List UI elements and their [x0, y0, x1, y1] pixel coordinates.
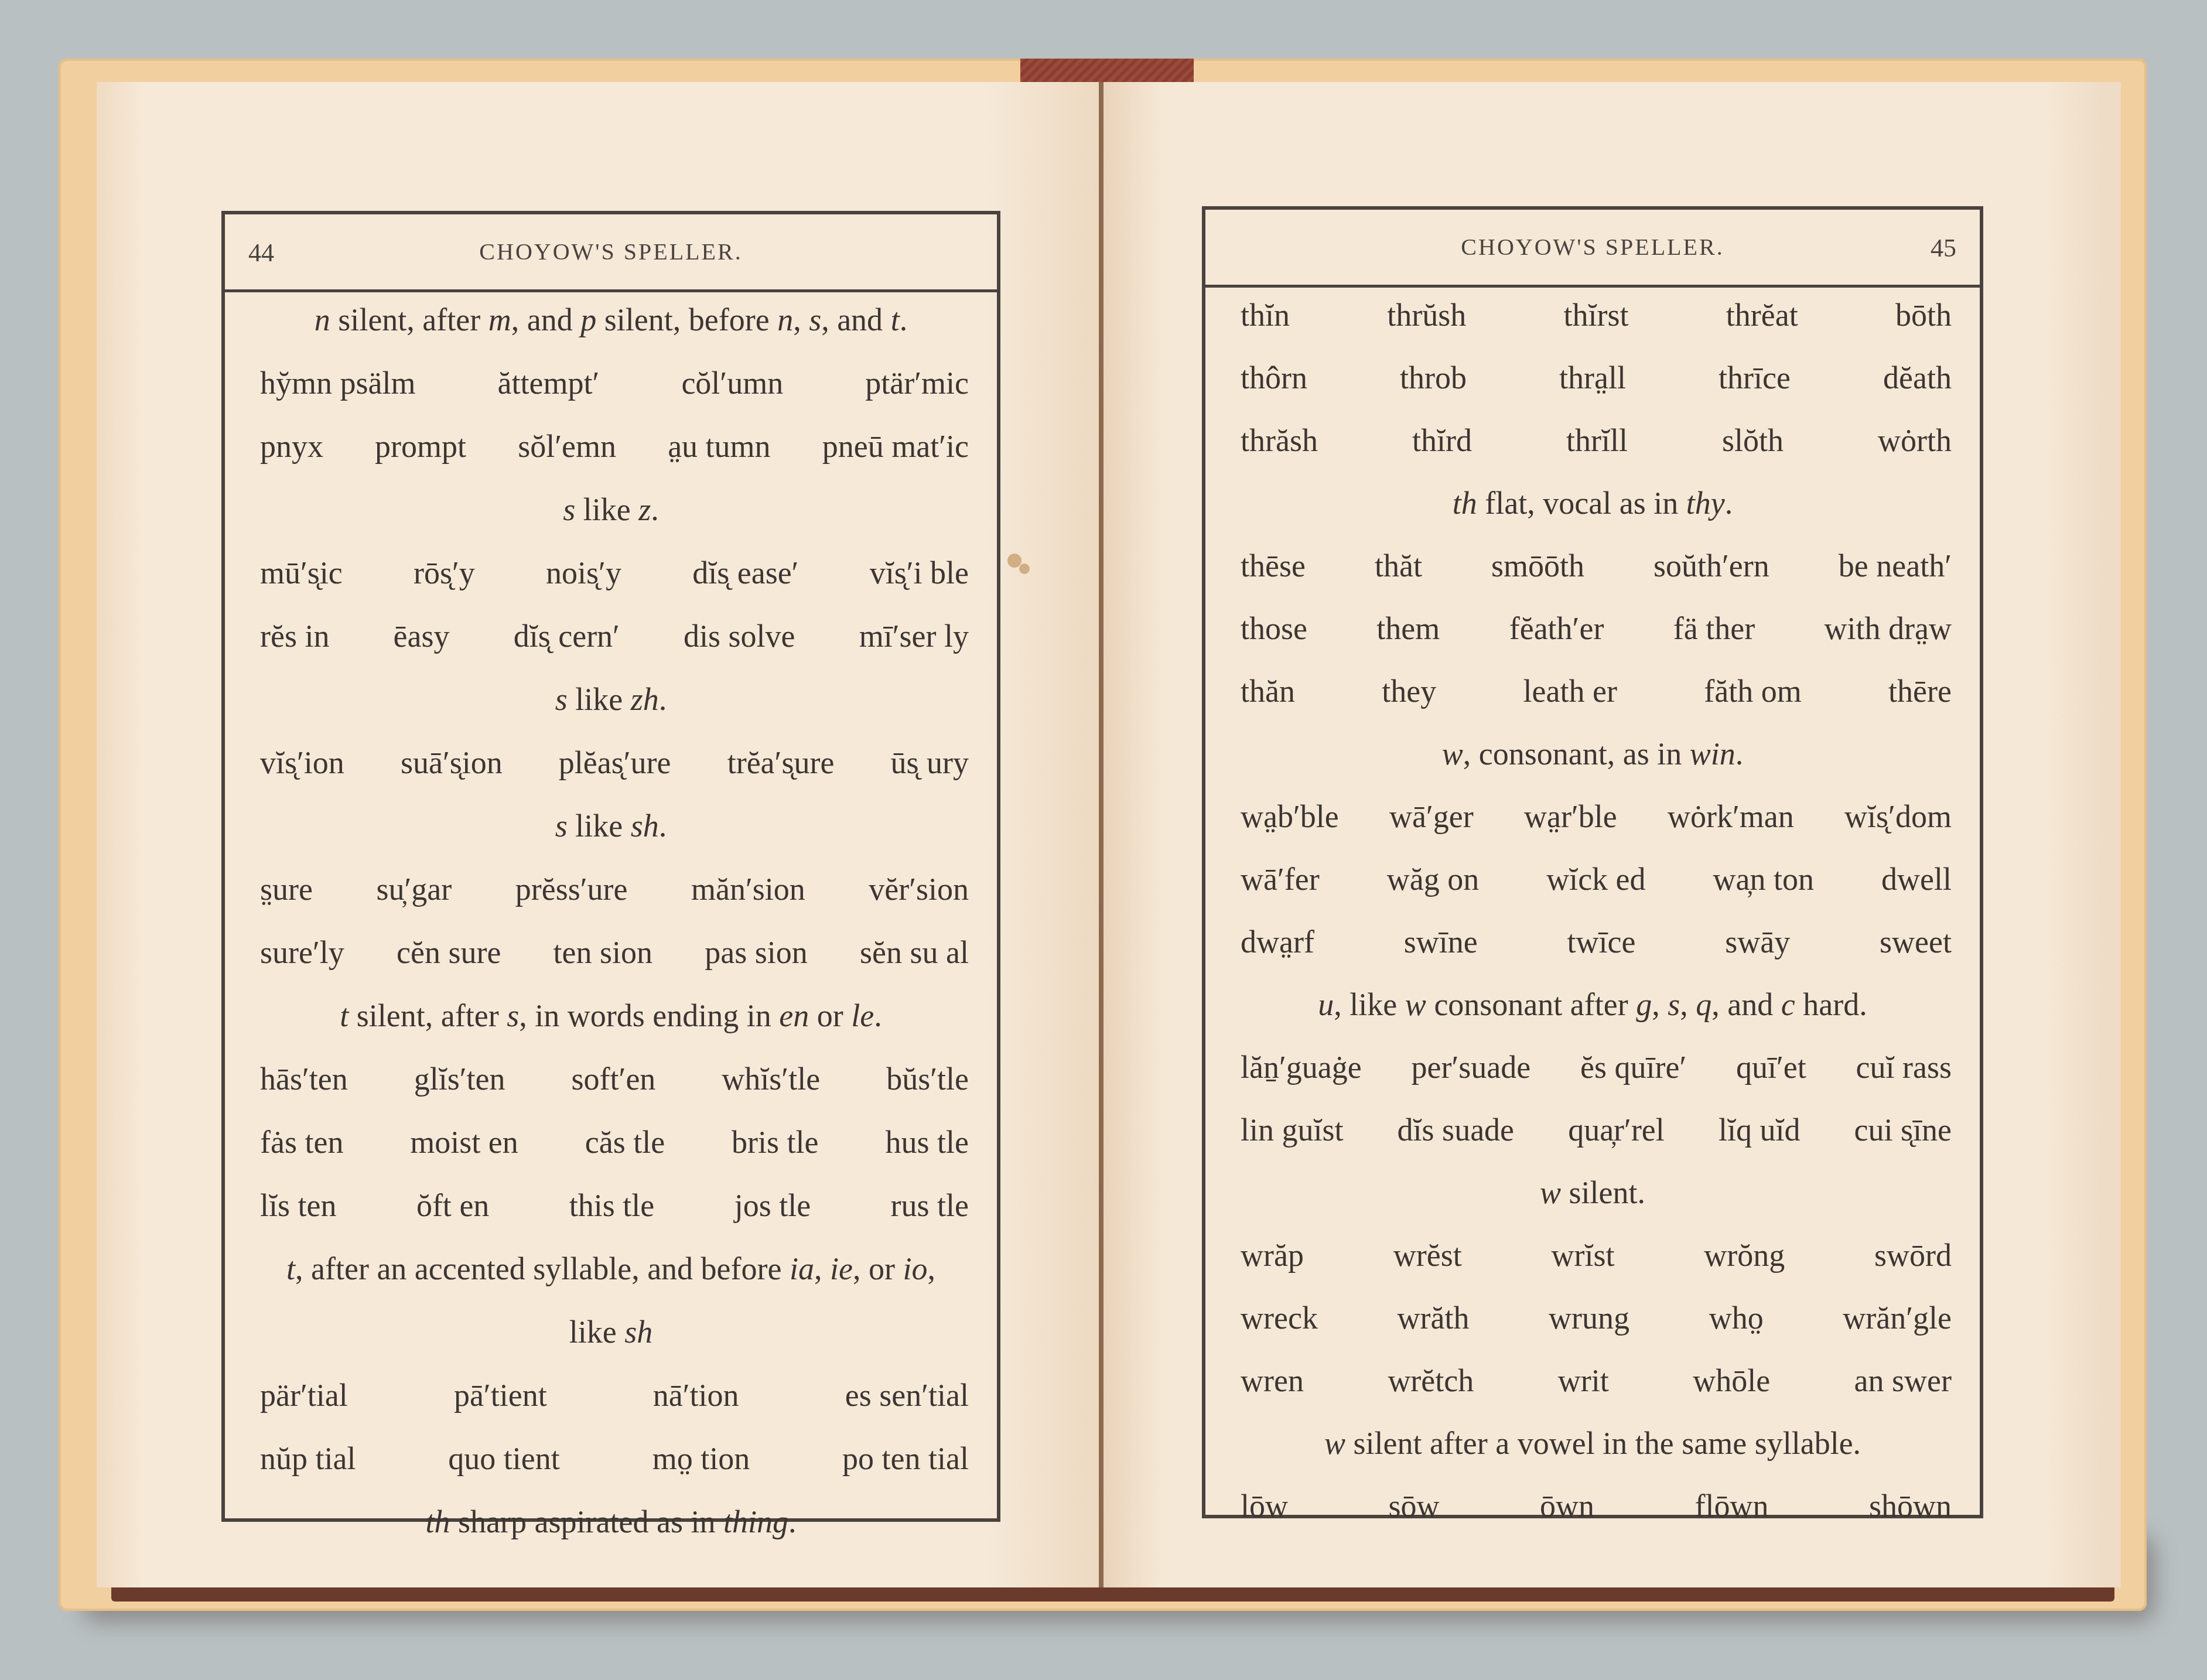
- word-row: pär′tialpā′tientnā′tiones sen′tial: [225, 1378, 997, 1413]
- spelling-word: thĭrd: [1412, 423, 1472, 458]
- rule-text: ,: [1652, 987, 1668, 1022]
- spelling-word: nois̨′y: [546, 555, 621, 590]
- spelling-word: who̤: [1709, 1300, 1764, 1336]
- italic-letter: t: [286, 1251, 295, 1286]
- spelling-word: cŏl′umn: [681, 366, 783, 401]
- italic-letter: w: [1540, 1175, 1561, 1210]
- spelling-word: căs tle: [585, 1125, 665, 1160]
- spelling-word: vĭs̨′i ble: [870, 555, 969, 590]
- right-page-header: CHOYOW'S SPELLER. 45: [1205, 210, 1980, 288]
- word-row: thrăshthĭrdthrĭllslŏthwȯrth: [1205, 423, 1980, 458]
- word-row: lăn̠′guaġeper′suadeĕs quīre′quī′etcuĭ ra…: [1205, 1050, 1980, 1085]
- rule-text: .: [788, 1504, 797, 1539]
- spelling-word: wa̤r′ble: [1524, 799, 1617, 834]
- spelling-word: wreck: [1241, 1300, 1318, 1336]
- spelling-word: whōle: [1693, 1363, 1770, 1398]
- italic-letter: q: [1696, 987, 1711, 1022]
- spelling-word: thôrn: [1241, 360, 1307, 395]
- rule-text: like: [569, 1314, 624, 1350]
- spine-headband: [1020, 59, 1194, 82]
- spelling-word: mī′ser ly: [859, 619, 969, 654]
- rule-text: .: [651, 492, 659, 527]
- word-row: pnyxpromptsŏl′emna̤u tumnpneū mat′ic: [225, 429, 997, 464]
- word-row: rĕs inēasydĭs̨ cern′dis solvemī′ser ly: [225, 619, 997, 654]
- spelling-word: nŭp tial: [260, 1441, 356, 1476]
- rule-text: like: [568, 682, 631, 717]
- italic-letter: s: [563, 492, 575, 527]
- spelling-word: dĕath: [1883, 360, 1952, 395]
- rule-text: silent, after: [330, 302, 488, 337]
- page-number: 45: [1931, 233, 1956, 263]
- rule-text: , and: [511, 302, 580, 337]
- rule-text: silent, before: [596, 302, 777, 337]
- spelling-word: dĭs̨ ease′: [692, 555, 798, 590]
- word-row: thēsethătsmōōthsoŭth′ernbe neath′: [1205, 548, 1980, 583]
- rule-text: , and: [1711, 987, 1781, 1022]
- spelling-word: thēre: [1888, 674, 1952, 709]
- spelling-word: vĕr′sion: [869, 872, 969, 907]
- rule-text: silent.: [1561, 1175, 1645, 1210]
- spelling-word: hās′ten: [260, 1061, 348, 1097]
- spelling-word: bris tle: [732, 1125, 818, 1160]
- word-row: lĭs tenŏft enthis tlejos tlerus tle: [225, 1188, 997, 1223]
- spelling-word: this tle: [569, 1188, 655, 1223]
- rule-text: like: [568, 808, 631, 844]
- word-row: lin guĭstdĭs suadequa̦r′rellĭq uĭdcui s̨…: [1205, 1112, 1980, 1148]
- spelling-word: thĭn: [1241, 298, 1290, 333]
- spelling-word: sweet: [1880, 924, 1952, 959]
- spelling-word: smōōth: [1491, 548, 1584, 583]
- word-row: wrenwrĕtchwritwhōlean swer: [1205, 1363, 1980, 1398]
- italic-letter: th: [426, 1504, 450, 1539]
- spelling-word: fä ther: [1673, 611, 1755, 646]
- italic-letter: p: [580, 302, 596, 337]
- italic-letter: w: [1324, 1426, 1345, 1461]
- word-row: wreckwrăthwrungwho̤wrăn′gle: [1205, 1300, 1980, 1336]
- word-row: wa̤b′blewā′gerwa̤r′blewȯrk′manwĭs̨′dom: [1205, 799, 1980, 834]
- italic-letter: sh: [624, 1314, 652, 1350]
- spelling-word: ōwn: [1540, 1488, 1594, 1524]
- spelling-word: făth om: [1704, 674, 1801, 709]
- spelling-word: mū′s̨ic: [260, 555, 343, 590]
- spelling-word: thrăsh: [1241, 423, 1318, 458]
- spelling-word: fȧs ten: [260, 1125, 343, 1160]
- spelling-word: thra̤ll: [1559, 360, 1626, 395]
- spelling-word: a̤u tumn: [668, 429, 770, 464]
- word-row: mū′s̨icrōs̨′ynois̨′ydĭs̨ ease′vĭs̨′i ble: [225, 555, 997, 590]
- spelling-word: throb: [1400, 360, 1467, 395]
- spelling-word: po ten tial: [842, 1441, 969, 1476]
- spelling-word: thăt: [1375, 548, 1422, 583]
- italic-letter: ie: [830, 1251, 853, 1286]
- spelling-word: pnyx: [260, 429, 323, 464]
- spelling-word: suā′s̨ion: [401, 745, 503, 780]
- spelling-word: vĭs̨′ion: [260, 745, 344, 780]
- italic-letter: io: [903, 1251, 928, 1286]
- spelling-word: sōw: [1388, 1488, 1439, 1524]
- italic-letter: z: [638, 492, 651, 527]
- left-page-header: 44 CHOYOW'S SPELLER.: [225, 214, 997, 292]
- italic-letter: t: [891, 302, 900, 337]
- spelling-word: ten sion: [554, 935, 653, 970]
- italic-letter: s: [809, 302, 821, 337]
- spelling-word: wrŏng: [1704, 1238, 1785, 1273]
- word-row: hās′tenglĭs′tensoft′enwhĭs′tlebŭs′tle: [225, 1061, 997, 1097]
- spelling-word: wren: [1241, 1363, 1304, 1398]
- spelling-word: ūs̨ ury: [890, 745, 969, 780]
- word-row: thôrnthrobthra̤llthrīcedĕath: [1205, 360, 1980, 395]
- spelling-word: dwell: [1881, 862, 1952, 897]
- word-row: sure′lycĕn sureten sionpas sionsĕn su al: [225, 935, 997, 970]
- spelling-word: wā′fer: [1241, 862, 1320, 897]
- spelling-word: cuĭ rass: [1856, 1050, 1952, 1085]
- rule-text: silent after a vowel in the same syllabl…: [1345, 1426, 1861, 1461]
- word-row: thosethemfĕath′erfä therwith dra̤w: [1205, 611, 1980, 646]
- rule-text: flat, vocal as in: [1477, 486, 1686, 521]
- spelling-word: cĕn sure: [397, 935, 501, 970]
- spelling-word: wăg on: [1387, 862, 1479, 897]
- rule-text: .: [659, 682, 667, 717]
- right-page-text-frame: CHOYOW'S SPELLER. 45 thĭnthrŭshthĭrstthr…: [1202, 206, 1983, 1518]
- spelling-word: pā′tient: [454, 1378, 547, 1413]
- spelling-word: pas sion: [705, 935, 808, 970]
- spelling-word: bŭs′tle: [886, 1061, 969, 1097]
- rule-text: ,: [793, 302, 809, 337]
- spelling-word: plĕas̨′ure: [559, 745, 671, 780]
- rule-text: , or: [853, 1251, 903, 1286]
- spelling-word: lōw: [1241, 1488, 1288, 1524]
- spelling-word: mo̤ tion: [652, 1441, 750, 1476]
- spelling-word: wrĭst: [1551, 1238, 1614, 1273]
- spelling-word: thĭrst: [1564, 298, 1629, 333]
- rule-text: .: [900, 302, 908, 337]
- italic-letter: thy: [1686, 486, 1725, 521]
- spelling-word: thrĕat: [1726, 298, 1798, 333]
- italic-letter: th: [1453, 486, 1477, 521]
- running-title: CHOYOW'S SPELLER.: [1205, 233, 1980, 261]
- italic-letter: n: [315, 302, 330, 337]
- spelling-word: thăn: [1241, 674, 1295, 709]
- spelling-word: rus tle: [891, 1188, 969, 1223]
- italic-letter: g: [1636, 987, 1652, 1022]
- spelling-word: shōwn: [1869, 1488, 1952, 1524]
- spelling-word: flōwn: [1694, 1488, 1768, 1524]
- spelling-word: thrŭsh: [1387, 298, 1466, 333]
- spelling-word: moist en: [410, 1125, 518, 1160]
- spelling-word: hy̆mn psälm: [260, 366, 416, 401]
- foxing-stain: [1019, 564, 1030, 574]
- spelling-word: nā′tion: [653, 1378, 739, 1413]
- spelling-word: glĭs′ten: [414, 1061, 505, 1097]
- spelling-word: an swer: [1854, 1363, 1952, 1398]
- spelling-word: wa̤b′ble: [1241, 799, 1339, 834]
- section-rule-heading: th flat, vocal as in thy.: [1205, 486, 1980, 521]
- spelling-word: thēse: [1241, 548, 1306, 583]
- rule-text: ,: [928, 1251, 936, 1286]
- spelling-word: es sen′tial: [845, 1378, 969, 1413]
- spelling-word: soft′en: [572, 1061, 656, 1097]
- rule-text: .: [1725, 486, 1733, 521]
- spelling-word: cui s̨īne: [1854, 1112, 1951, 1148]
- rule-text: .: [1735, 736, 1744, 771]
- word-row: nŭp tialquo tientmo̤ tionpo ten tial: [225, 1441, 997, 1476]
- section-rule-heading: w silent after a vowel in the same sylla…: [1205, 1426, 1980, 1461]
- word-row: wrăpwrĕstwrĭstwrŏngswōrd: [1205, 1238, 1980, 1273]
- italic-letter: s: [555, 808, 568, 844]
- spelling-word: writ: [1558, 1363, 1609, 1398]
- spelling-word: swīne: [1404, 924, 1478, 959]
- spelling-word: those: [1241, 611, 1307, 646]
- spelling-word: wȯrth: [1878, 423, 1952, 458]
- word-row: dwa̤rfswīnetwīceswāysweet: [1205, 924, 1980, 959]
- left-page-text-frame: 44 CHOYOW'S SPELLER. n silent, after m, …: [221, 211, 1000, 1522]
- book-gutter: [1099, 82, 1103, 1587]
- italic-letter: t: [340, 998, 349, 1033]
- spelling-word: wĭs̨′dom: [1844, 799, 1952, 834]
- word-row: wā′ferwăg onwĭck edwa̦n tondwell: [1205, 862, 1980, 897]
- italic-letter: n: [777, 302, 793, 337]
- spelling-word: rōs̨′y: [414, 555, 475, 590]
- italic-letter: w: [1405, 987, 1426, 1022]
- spelling-word: thrĭll: [1566, 423, 1628, 458]
- spelling-word: ĕs quīre′: [1580, 1050, 1686, 1085]
- italic-letter: zh: [631, 682, 659, 717]
- italic-letter: thing: [723, 1504, 788, 1539]
- spelling-word: swāy: [1725, 924, 1790, 959]
- spelling-word: per′suade: [1411, 1050, 1530, 1085]
- italic-letter: c: [1781, 987, 1795, 1022]
- rule-text: , like: [1334, 987, 1405, 1022]
- spelling-word: prompt: [375, 429, 466, 464]
- rule-text: or: [809, 998, 851, 1033]
- spelling-word: ăttempt′: [498, 366, 600, 401]
- spelling-word: they: [1382, 674, 1436, 709]
- spelling-word: fĕath′er: [1509, 611, 1604, 646]
- spelling-word: lĭq uĭd: [1719, 1112, 1801, 1148]
- italic-letter: en: [779, 998, 809, 1033]
- section-rule-heading: s like sh.: [225, 808, 997, 844]
- rule-text: .: [874, 998, 882, 1033]
- spelling-word: wrĕst: [1393, 1238, 1462, 1273]
- italic-letter: s: [555, 682, 568, 717]
- spelling-word: whĭs′tle: [722, 1061, 820, 1097]
- spelling-word: sŏl′emn: [518, 429, 616, 464]
- rule-text: .: [659, 808, 667, 844]
- section-rule-heading: t silent, after s, in words ending in en…: [225, 998, 997, 1033]
- section-rule-heading: w, consonant, as in win.: [1205, 736, 1980, 771]
- spelling-word: sure′ly: [260, 935, 344, 970]
- spelling-word: quo tient: [448, 1441, 559, 1476]
- spelling-word: wȯrk′man: [1668, 799, 1794, 834]
- spelling-word: soŭth′ern: [1653, 548, 1769, 583]
- spelling-word: leath er: [1523, 674, 1617, 709]
- section-rule-heading: th sharp aspirated as in thing.: [225, 1504, 997, 1539]
- italic-letter: u: [1318, 987, 1334, 1022]
- word-row: fȧs tenmoist encăs tlebris tlehus tle: [225, 1125, 997, 1160]
- rule-text: like: [575, 492, 638, 527]
- rule-text: consonant after: [1426, 987, 1636, 1022]
- word-row: lōwsōwōwnflōwnshōwn: [1205, 1488, 1980, 1524]
- spelling-word: jos tle: [734, 1188, 811, 1223]
- section-rule-heading: like sh: [225, 1314, 997, 1350]
- section-rule-heading: n silent, after m, and p silent, before …: [225, 302, 997, 337]
- spelling-word: wrăn′gle: [1843, 1300, 1952, 1336]
- spelling-word: quī′et: [1736, 1050, 1806, 1085]
- spelling-word: twīce: [1567, 924, 1636, 959]
- spelling-word: them: [1376, 611, 1440, 646]
- rule-text: , consonant, as in: [1463, 736, 1690, 771]
- word-row: thăntheyleath erfăth omthēre: [1205, 674, 1980, 709]
- word-row: vĭs̨′ionsuā′s̨ionplĕas̨′uretrĕa′s̨ureūs̨…: [225, 745, 997, 780]
- italic-letter: ia: [790, 1251, 814, 1286]
- italic-letter: le: [851, 998, 874, 1033]
- rule-text: , after an accented syllable, and before: [295, 1251, 790, 1286]
- running-title: CHOYOW'S SPELLER.: [225, 238, 997, 265]
- rule-text: , in words ending in: [519, 998, 779, 1033]
- section-rule-heading: s like zh.: [225, 682, 997, 717]
- spelling-word: hus tle: [885, 1125, 969, 1160]
- spelling-word: su̦′gar: [376, 872, 452, 907]
- spelling-word: pär′tial: [260, 1378, 348, 1413]
- spelling-word: wā′ger: [1389, 799, 1474, 834]
- spelling-word: lin guĭst: [1241, 1112, 1344, 1148]
- section-rule-heading: t, after an accented syllable, and befor…: [225, 1251, 997, 1286]
- spelling-word: trĕa′s̨ure: [727, 745, 835, 780]
- italic-letter: w: [1442, 736, 1463, 771]
- rule-text: ,: [814, 1251, 830, 1286]
- rule-text: , and: [821, 302, 890, 337]
- spelling-word: be neath′: [1839, 548, 1952, 583]
- spelling-word: wrung: [1549, 1300, 1629, 1336]
- spelling-word: dis solve: [684, 619, 795, 654]
- spelling-word: wa̦n ton: [1713, 862, 1814, 897]
- word-row: hy̆mn psälmăttempt′cŏl′umnptär′mic: [225, 366, 997, 401]
- italic-letter: m: [488, 302, 511, 337]
- word-row: s̤uresu̦′garprĕss′uremăn′sionvĕr′sion: [225, 872, 997, 907]
- rule-text: silent, after: [349, 998, 507, 1033]
- spelling-word: ptär′mic: [865, 366, 969, 401]
- section-rule-heading: s like z.: [225, 492, 997, 527]
- word-row: thĭnthrŭshthĭrstthrĕatbōth: [1205, 298, 1980, 333]
- rule-text: hard.: [1795, 987, 1867, 1022]
- spelling-word: wrăth: [1398, 1300, 1470, 1336]
- spelling-word: with dra̤w: [1825, 611, 1952, 646]
- spelling-word: ēasy: [394, 619, 450, 654]
- spelling-word: qua̦r′rel: [1568, 1112, 1665, 1148]
- italic-letter: s: [1668, 987, 1680, 1022]
- spelling-word: thrīce: [1719, 360, 1791, 395]
- spelling-word: dĭs suade: [1398, 1112, 1514, 1148]
- section-rule-heading: u, like w consonant after g, s, q, and c…: [1205, 987, 1980, 1022]
- spelling-word: rĕs in: [260, 619, 329, 654]
- spelling-word: ŏft en: [416, 1188, 489, 1223]
- spelling-word: lăn̠′guaġe: [1241, 1050, 1362, 1085]
- spelling-word: dĭs̨ cern′: [514, 619, 620, 654]
- spelling-word: pneū mat′ic: [822, 429, 969, 464]
- italic-letter: sh: [631, 808, 659, 844]
- spelling-word: prĕss′ure: [515, 872, 628, 907]
- spelling-word: lĭs ten: [260, 1188, 337, 1223]
- spelling-word: slŏth: [1722, 423, 1784, 458]
- spelling-word: dwa̤rf: [1241, 924, 1314, 959]
- spelling-word: sĕn su al: [860, 935, 969, 970]
- spelling-word: wĭck ed: [1546, 862, 1645, 897]
- section-rule-heading: w silent.: [1205, 1175, 1980, 1210]
- spelling-word: bōth: [1895, 298, 1952, 333]
- spelling-word: măn′sion: [691, 872, 805, 907]
- spelling-word: wrăp: [1241, 1238, 1304, 1273]
- rule-text: ,: [1680, 987, 1696, 1022]
- spelling-word: wrĕtch: [1388, 1363, 1474, 1398]
- spelling-word: swōrd: [1874, 1238, 1952, 1273]
- italic-letter: s: [507, 998, 519, 1033]
- italic-letter: win: [1690, 736, 1735, 771]
- rule-text: sharp aspirated as in: [450, 1504, 723, 1539]
- spelling-word: s̤ure: [260, 872, 313, 907]
